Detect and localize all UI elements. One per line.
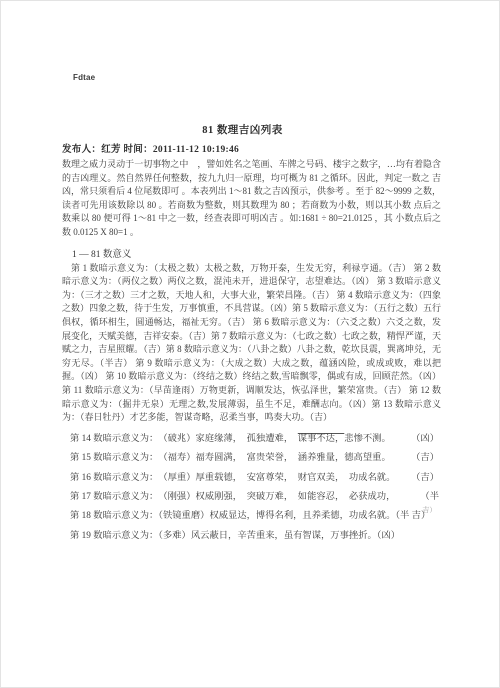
- watermark-text: Fdtae: [73, 73, 95, 82]
- section-heading: 1 — 81 数意义: [62, 246, 441, 260]
- entry-text-pre: 第 14 数暗示意义为： （破兆）家庭缘薄， 孤独遭难，: [70, 434, 298, 444]
- entry-text: 第 14 数暗示意义为： （破兆）家庭缘薄， 孤独遭难， 谋事不达，悲惨不测。: [70, 430, 391, 449]
- entry-row-19: 第 19 数暗示意义为：（多难）风云蔽日，辛苦重来，虽有智谋，万事挫折。（凶）: [70, 527, 441, 546]
- entry-text: 第 16 数暗示意义为： （厚重）厚重载德， 安富尊荣， 财官双美， 功成名就。: [70, 469, 395, 488]
- intro-paragraph: 数理之威力灵动于一切事物之中 ，譬如姓名之笔画、车牌之号码、楼宇之数字，…均有着…: [62, 158, 441, 240]
- byline: 发布人：红芳 时间：2011-11-12 10:19:46: [62, 141, 441, 155]
- entry-text: 第 17 数暗示意义为： （刚强）权威刚强， 突破万难， 如能容忍， 必获成功，: [70, 488, 395, 507]
- verdict-wrap-note: 吉）: [422, 501, 436, 520]
- entry-row-16: 第 16 数暗示意义为： （厚重）厚重载德， 安富尊荣， 财官双美， 功成名就。…: [70, 469, 441, 488]
- document-body: 81 数理吉凶列表 发布人：红芳 时间：2011-11-12 10:19:46 …: [62, 122, 441, 546]
- entry-text: 第 18 数暗示意义为：（铁镜重磨）权威显达，博得名利，且养柔德，功成名就。（半…: [70, 507, 430, 526]
- meanings-paragraph: 第 1 数暗示意义为：（太极之数）太极之数，万物开泰，生发无穷，利禄亨通。（吉）…: [62, 262, 441, 425]
- overlined-phrase: 谋事不达，: [298, 434, 345, 444]
- entry-verdict: （吉）: [411, 469, 441, 488]
- entry-verdict: （吉）: [411, 449, 441, 468]
- entry-list: 第 14 数暗示意义为： （破兆）家庭缘薄， 孤独遭难， 谋事不达，悲惨不测。 …: [62, 430, 441, 546]
- entry-text: 第 19 数暗示意义为：（多难）风云蔽日，辛苦重来，虽有智谋，万事挫折。（凶）: [70, 527, 400, 546]
- entry-row-18: 第 18 数暗示意义为：（铁镜重磨）权威显达，博得名利，且养柔德，功成名就。（半…: [70, 507, 441, 526]
- document-page: Fdtae 81 数理吉凶列表 发布人：红芳 时间：2011-11-12 10:…: [0, 0, 500, 688]
- entry-text-post: 悲惨不测。: [344, 434, 391, 444]
- entry-row-17: 第 17 数暗示意义为： （刚强）权威刚强， 突破万难， 如能容忍， 必获成功，…: [70, 488, 441, 507]
- entry-row-14: 第 14 数暗示意义为： （破兆）家庭缘薄， 孤独遭难， 谋事不达，悲惨不测。 …: [70, 430, 441, 449]
- entry-row-15: 第 15 数暗示意义为： （福寿）福寿圆满， 富贵荣誉， 涵养雅量，德高望重。 …: [70, 449, 441, 468]
- entry-text: 第 15 数暗示意义为： （福寿）福寿圆满， 富贵荣誉， 涵养雅量，德高望重。: [70, 449, 391, 468]
- page-title: 81 数理吉凶列表: [62, 122, 423, 137]
- entry-verdict: （凶）: [411, 430, 441, 449]
- entry-verdict: （半吉）: [420, 488, 441, 507]
